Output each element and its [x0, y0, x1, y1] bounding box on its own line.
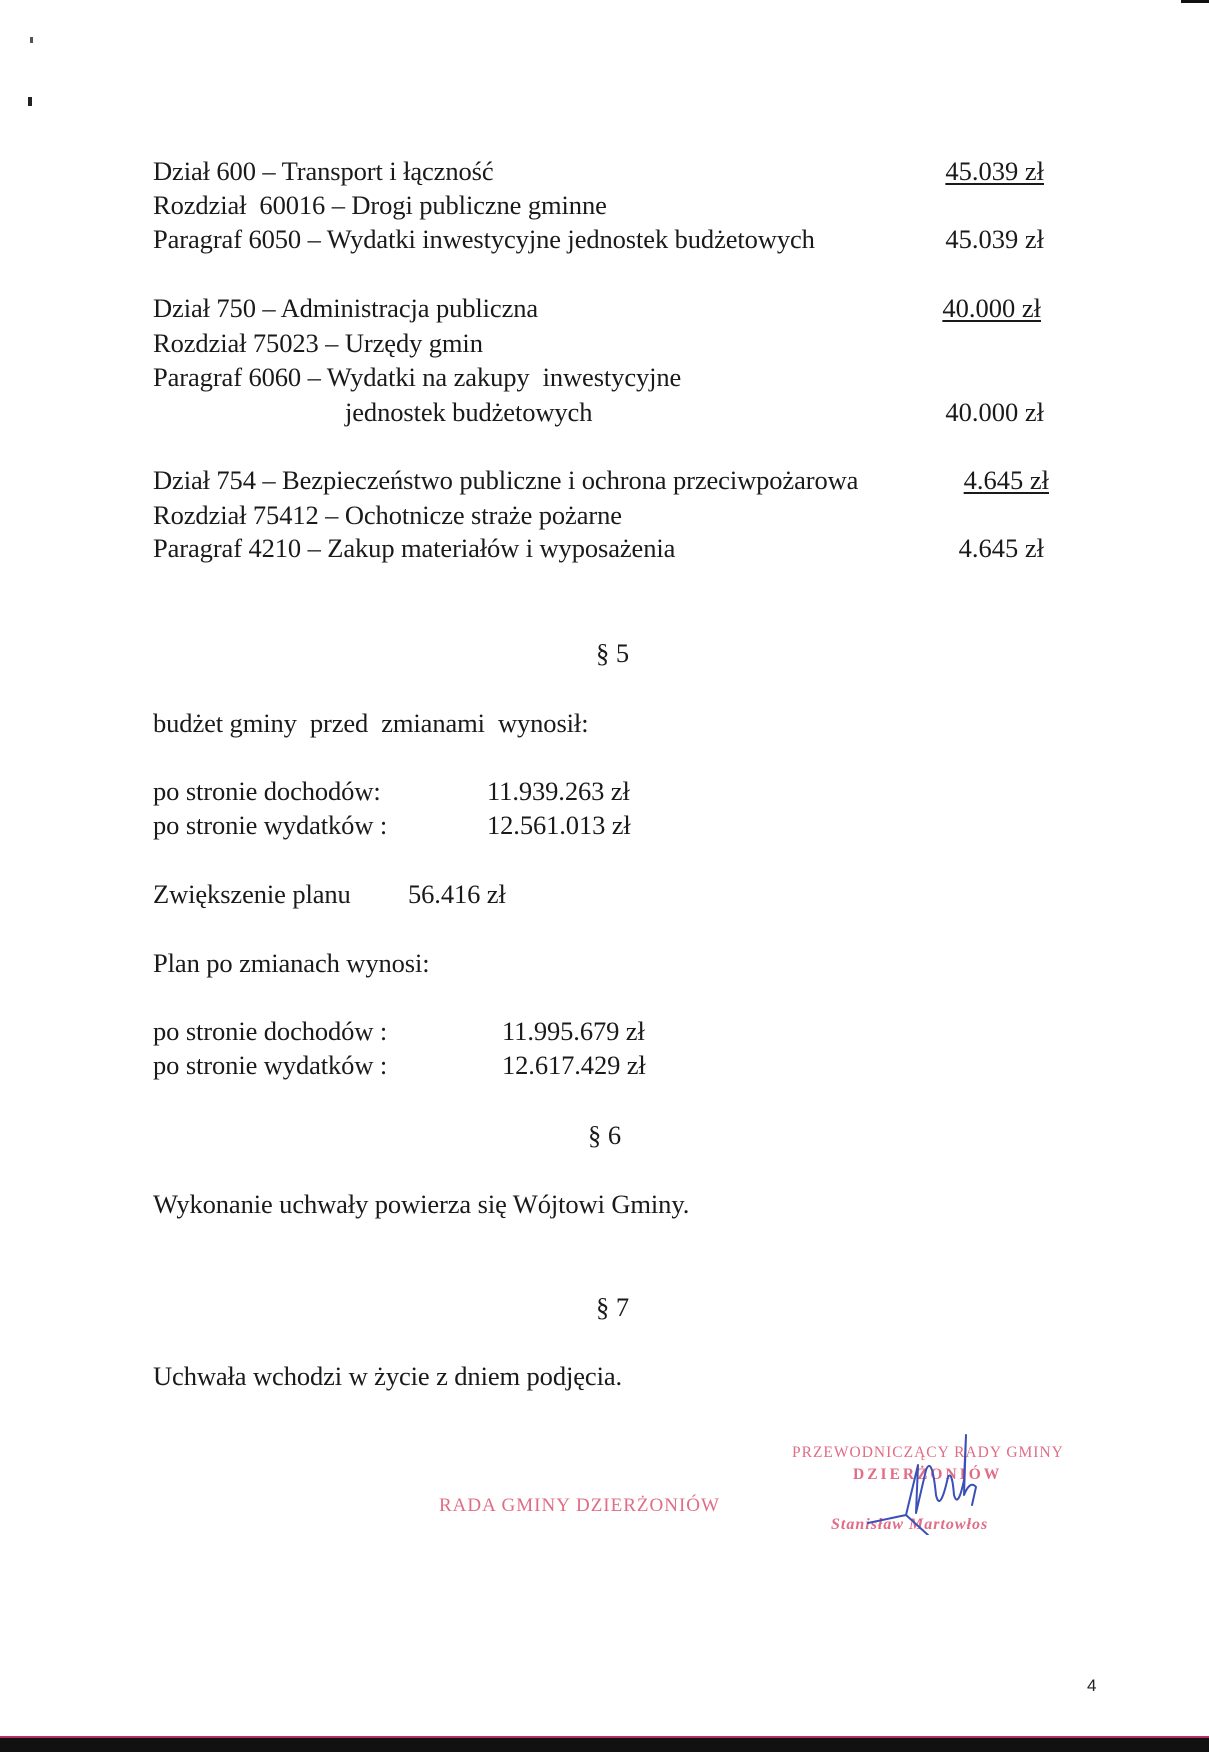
page-number: 4	[1087, 1676, 1096, 1696]
dzial-754-title: Dział 754 – Bezpieczeństwo publiczne i o…	[153, 465, 858, 495]
after-plan-intro: Plan po zmianach wynosi:	[153, 948, 430, 978]
scan-edge-mark	[1181, 0, 1209, 3]
scan-speck	[30, 37, 33, 43]
after-revenue-label: po stronie dochodów :	[153, 1016, 387, 1046]
before-revenue-label: po stronie dochodów:	[153, 776, 381, 806]
before-revenue-value: 11.939.263 zł	[487, 776, 630, 806]
section-7-text: Uchwała wchodzi w życie z dniem podjęcia…	[153, 1361, 622, 1391]
rozdzial-75023: Rozdział 75023 – Urzędy gmin	[153, 328, 483, 358]
scan-bottom-edge	[0, 1736, 1209, 1752]
section-5-intro: budżet gminy przed zmianami wynosił:	[153, 708, 588, 738]
before-expenses-label: po stronie wydatków :	[153, 810, 387, 840]
paragraf-6050: Paragraf 6050 – Wydatki inwestycyjne jed…	[153, 224, 815, 254]
paragraf-6060-continued: jednostek budżetowych	[345, 397, 592, 427]
paragraf-6050-amount: 45.039 zł	[945, 224, 1044, 254]
council-stamp: RADA GMINY DZIERŻONIÓW	[439, 1495, 720, 1517]
paragraf-4210: Paragraf 4210 – Zakup materiałów i wypos…	[153, 533, 675, 563]
dzial-600-title: Dział 600 – Transport i łączność	[153, 156, 494, 186]
after-expenses-label: po stronie wydatków :	[153, 1050, 387, 1080]
rozdzial-60016: Rozdział 60016 – Drogi publiczne gminne	[153, 190, 607, 220]
plan-increase-value: 56.416 zł	[408, 879, 506, 909]
after-revenue-value: 11.995.679 zł	[502, 1016, 645, 1046]
dzial-750-amount: 40.000 zł	[942, 293, 1041, 323]
signature-icon	[858, 1425, 998, 1535]
rozdzial-75412: Rozdział 75412 – Ochotnicze straże pożar…	[153, 500, 622, 530]
paragraf-6060: Paragraf 6060 – Wydatki na zakupy inwest…	[153, 362, 681, 392]
dzial-600-amount: 45.039 zł	[945, 156, 1044, 186]
paragraf-4210-amount: 4.645 zł	[959, 533, 1044, 563]
dzial-754-amount: 4.645 zł	[964, 465, 1049, 495]
section-6-text: Wykonanie uchwały powierza się Wójtowi G…	[153, 1189, 689, 1219]
after-expenses-value: 12.617.429 zł	[502, 1050, 646, 1080]
scan-speck	[28, 97, 32, 106]
plan-increase-label: Zwiększenie planu	[153, 879, 351, 909]
section-6-heading: § 6	[588, 1120, 621, 1150]
dzial-750-title: Dział 750 – Administracja publiczna	[153, 293, 538, 323]
section-7-heading: § 7	[596, 1292, 629, 1322]
before-expenses-value: 12.561.013 zł	[487, 810, 631, 840]
section-5-heading: § 5	[596, 638, 629, 668]
paragraf-6060-amount: 40.000 zł	[945, 397, 1044, 427]
